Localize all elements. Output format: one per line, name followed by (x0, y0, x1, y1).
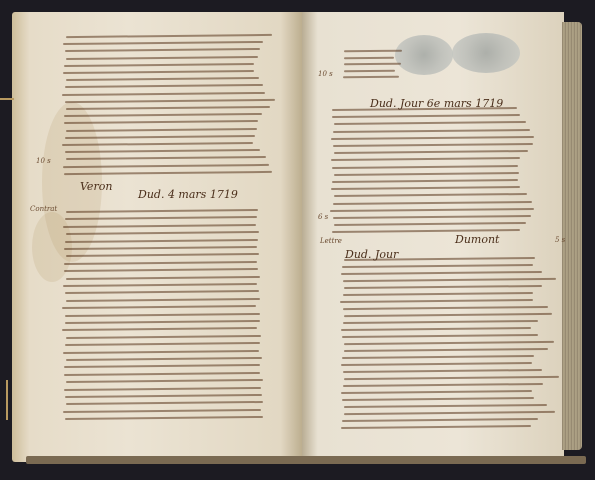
left-signature: Veron (80, 180, 112, 193)
right-signature: Dumont (455, 233, 499, 246)
right-margin-note: 5 s (555, 236, 565, 244)
right-margin-note: 10 s (318, 70, 333, 78)
right-margin-note: 6 s (318, 213, 328, 221)
binding-string (6, 380, 8, 420)
left-margin-note: 10 s (36, 157, 51, 165)
binding-string (0, 98, 14, 100)
left-margin-note: Contrat (30, 205, 57, 213)
handwriting-line (344, 69, 395, 71)
right-entry-heading: Dud. Jour 6e mars 1719 (370, 97, 503, 110)
stamp-seal-2 (452, 33, 520, 73)
left-entry-heading: Dud. 4 mars 1719 (138, 188, 238, 201)
stamp-seal-1 (395, 35, 453, 75)
book-bottom-edge (26, 456, 586, 464)
right-entry-heading: Dud. Jour (345, 248, 398, 261)
right-margin-note: Lettre (320, 237, 342, 245)
handwriting-line (344, 56, 394, 58)
